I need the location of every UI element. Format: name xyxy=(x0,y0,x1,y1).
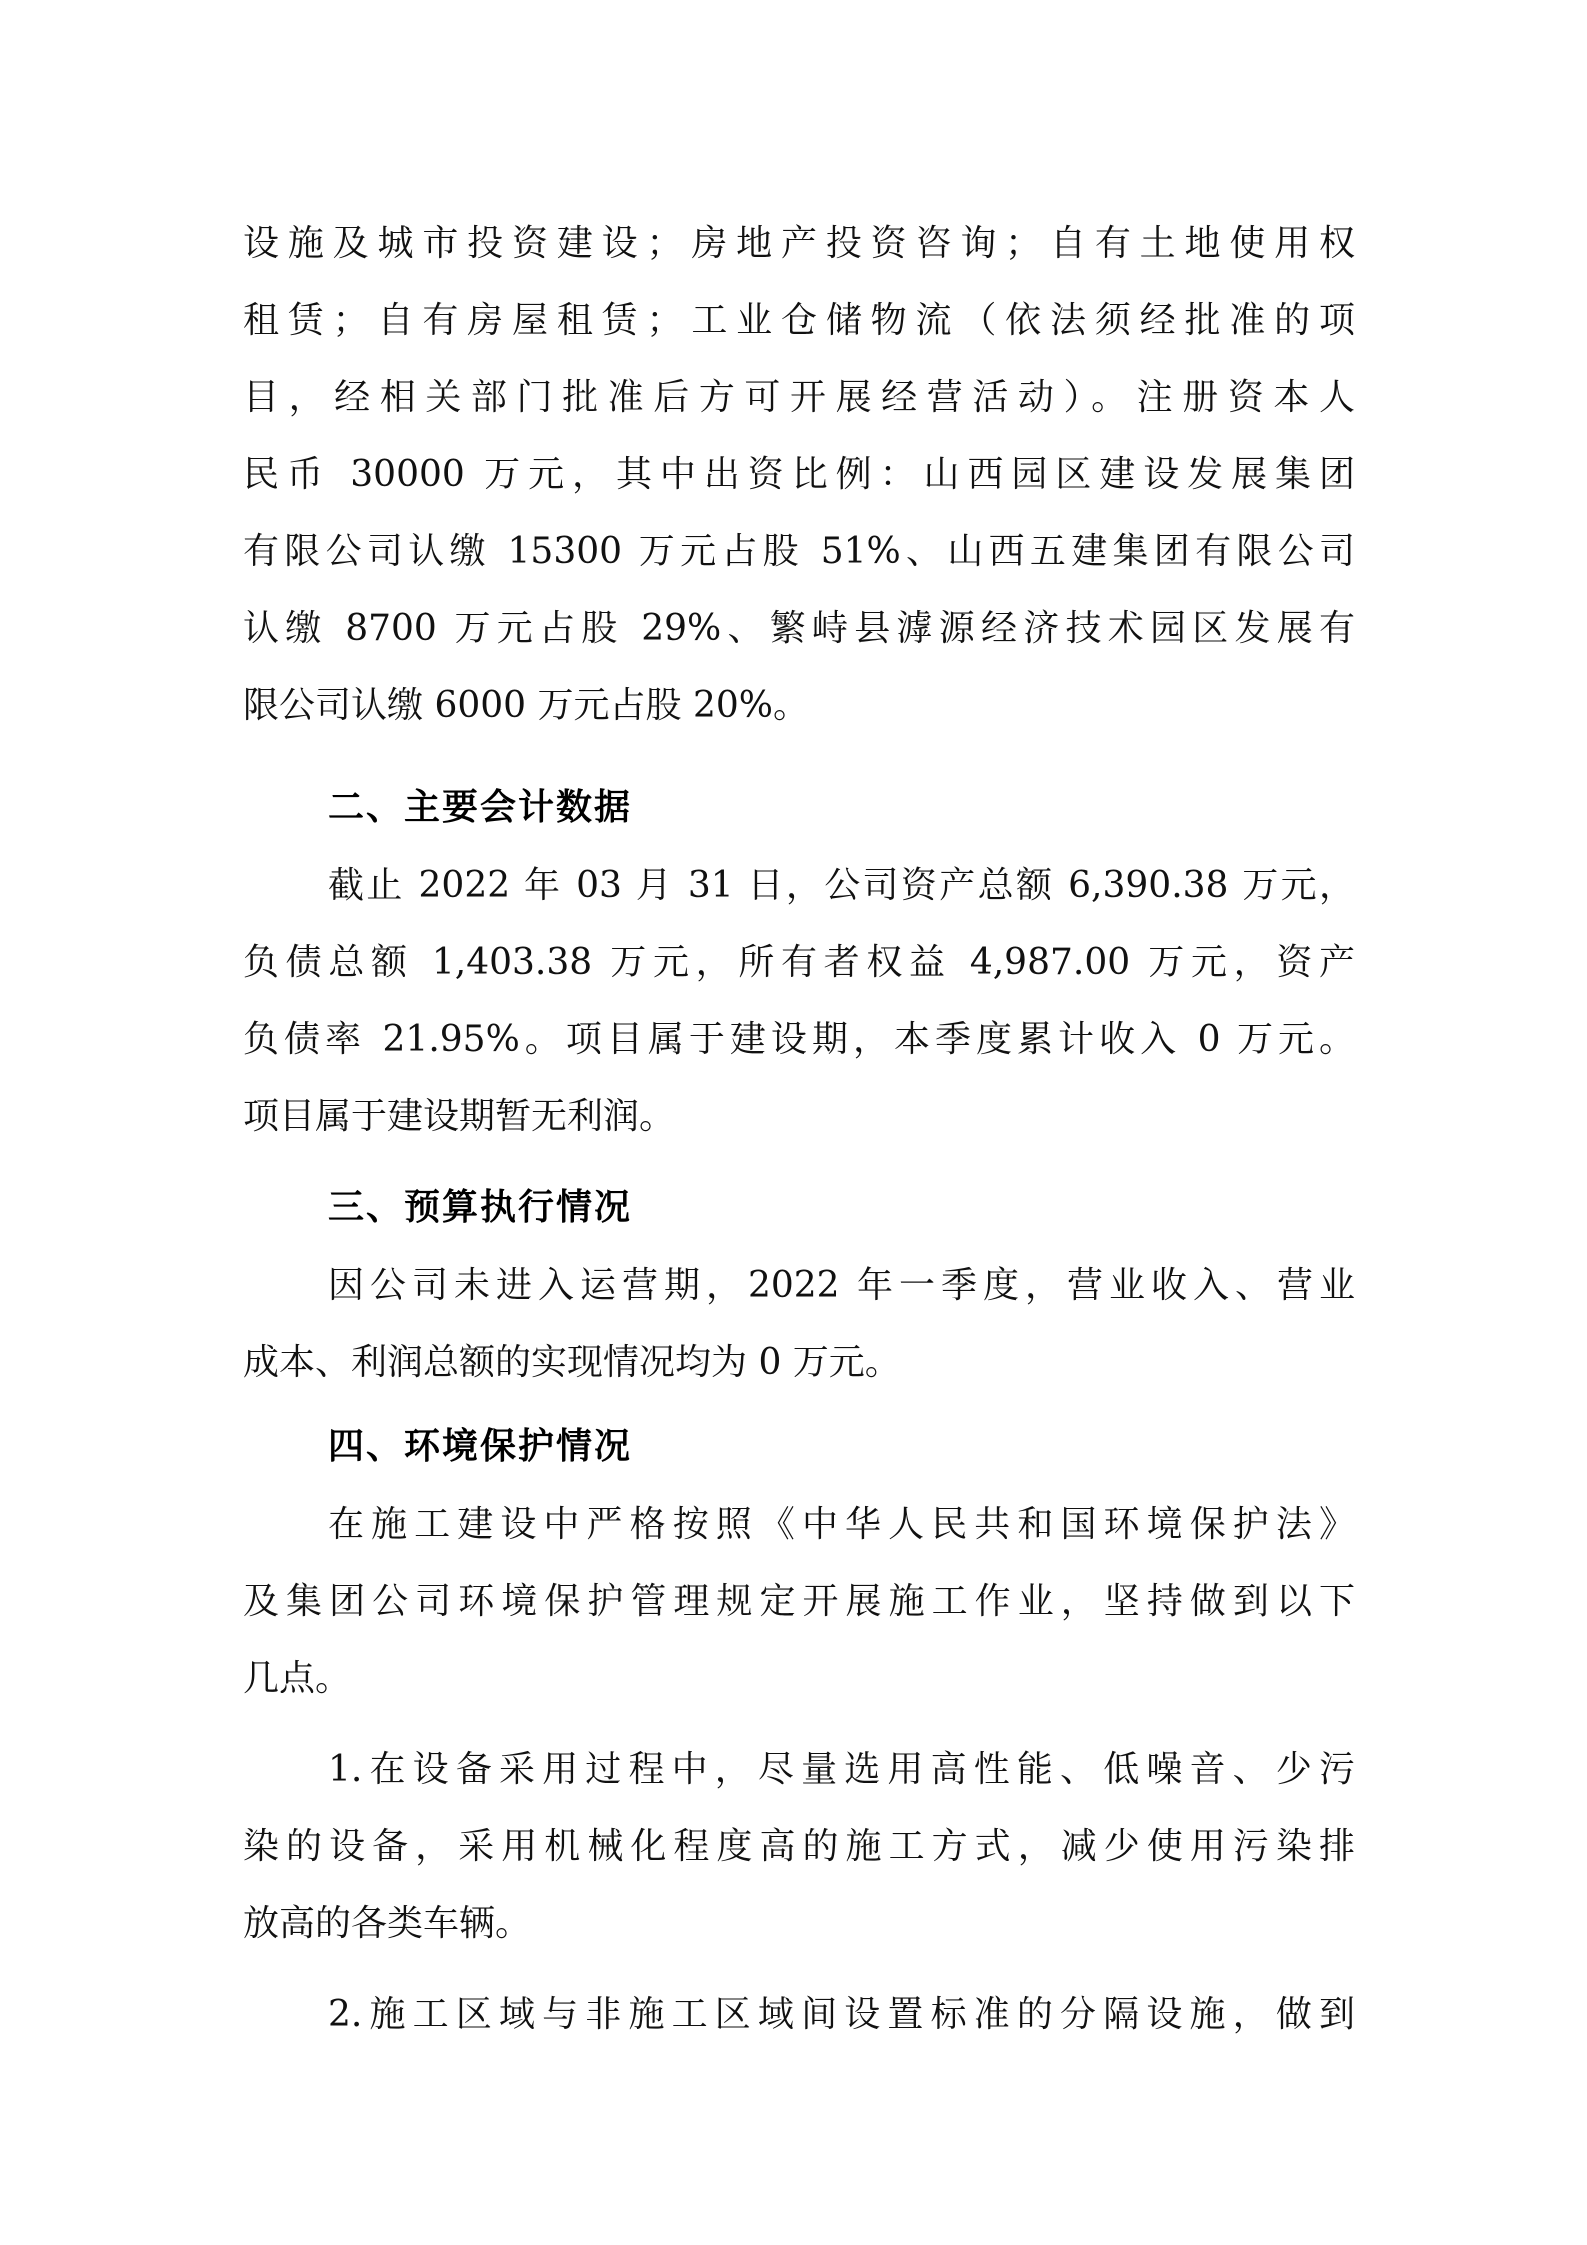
section-heading-environment-protection: 四、环境保护情况 xyxy=(328,1425,632,1469)
paragraph-line: 项目属于建设期暂无利润。 xyxy=(243,1095,1355,1139)
section-heading-accounting-data: 二、主要会计数据 xyxy=(328,786,632,830)
paragraph-line: 截止 2022 年 03 月 31 日，公司资产总额 6,390.38 万元， xyxy=(328,864,1355,908)
list-item-line: 2.施工区域与非施工区域间设置标准的分隔设施，做到 xyxy=(328,1993,1355,2037)
paragraph-line: 几点。 xyxy=(243,1657,1355,1701)
paragraph-line: 认缴 8700 万元占股 29%、繁峙县滹源经济技术园区发展有 xyxy=(243,607,1355,651)
paragraph-line: 负债率 21.95%。项目属于建设期，本季度累计收入 0 万元。 xyxy=(243,1018,1355,1062)
list-item-line: 放高的各类车辆。 xyxy=(243,1902,1355,1946)
paragraph-line: 及集团公司环境保护管理规定开展施工作业，坚持做到以下 xyxy=(243,1580,1355,1624)
paragraph-line: 在施工建设中严格按照《中华人民共和国环境保护法》 xyxy=(328,1503,1355,1547)
list-item-line: 1.在设备采用过程中，尽量选用高性能、低噪音、少污 xyxy=(328,1748,1355,1792)
list-item-line: 染的设备，采用机械化程度高的施工方式，减少使用污染排 xyxy=(243,1825,1355,1869)
paragraph-line: 因公司未进入运营期，2022 年一季度，营业收入、营业 xyxy=(328,1264,1355,1308)
paragraph-line: 目，经相关部门批准后方可开展经营活动）。注册资本人 xyxy=(243,376,1355,420)
paragraph-line: 有限公司认缴 15300 万元占股 51%、山西五建集团有限公司 xyxy=(243,530,1355,574)
paragraph-line: 民币 30000 万元，其中出资比例：山西园区建设发展集团 xyxy=(243,453,1355,497)
paragraph-line: 设施及城市投资建设；房地产投资咨询；自有土地使用权 xyxy=(243,222,1355,266)
paragraph-line: 负债总额 1,403.38 万元，所有者权益 4,987.00 万元，资产 xyxy=(243,941,1355,985)
document-page: 设施及城市投资建设；房地产投资咨询；自有土地使用权 租赁；自有房屋租赁；工业仓储… xyxy=(0,0,1587,2245)
section-heading-budget-execution: 三、预算执行情况 xyxy=(328,1186,632,1230)
paragraph-line: 成本、利润总额的实现情况均为 0 万元。 xyxy=(243,1341,1355,1385)
paragraph-line: 租赁；自有房屋租赁；工业仓储物流（依法须经批准的项 xyxy=(243,299,1355,343)
paragraph-line: 限公司认缴 6000 万元占股 20%。 xyxy=(243,684,1355,728)
